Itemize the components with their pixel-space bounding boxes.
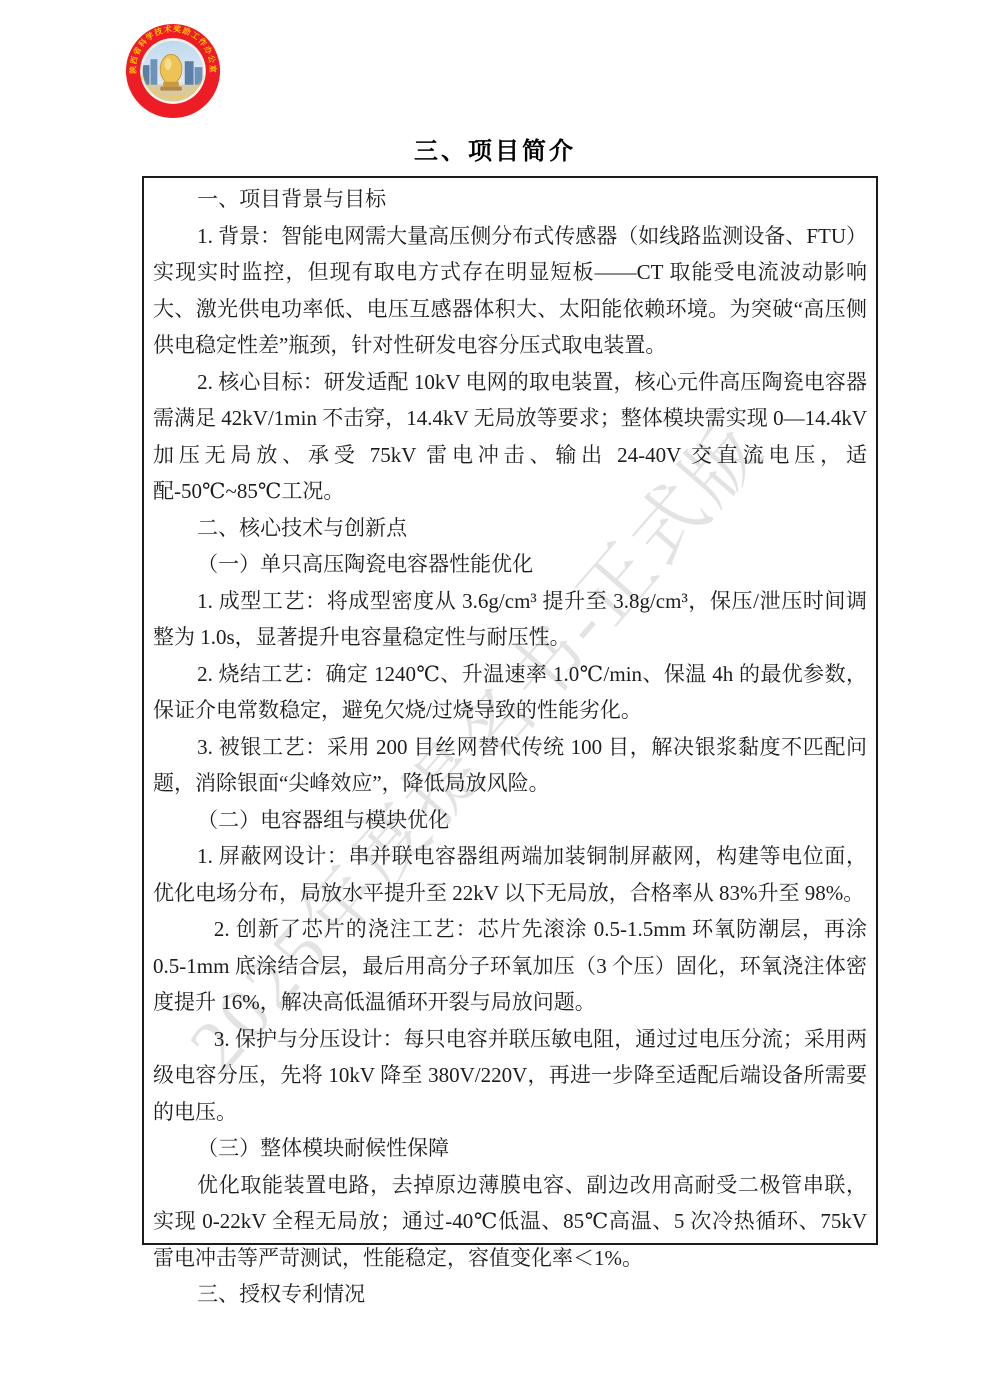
trophy-icon bbox=[160, 54, 182, 83]
paragraph: 3. 被银工艺：采用 200 目丝网替代传统 100 目，解决银浆黏度不匹配问题… bbox=[153, 729, 867, 802]
paragraph-heading: （一）单只高压陶瓷电容器性能优化 bbox=[153, 546, 867, 583]
paragraph: 2. 创新了芯片的浇注工艺：芯片先滚涂 0.5-1.5mm 环氧防潮层，再涂 0… bbox=[153, 911, 867, 1021]
page-title: 三、项目简介 bbox=[0, 131, 990, 166]
paragraph: 1. 背景：智能电网需大量高压侧分布式传感器（如线路监测设备、FTU）实现实时监… bbox=[153, 218, 867, 364]
paragraph-heading: 二、核心技术与创新点 bbox=[153, 510, 867, 547]
paragraph: 2. 核心目标：研发适配 10kV 电网的取电装置，核心元件高压陶瓷电容器需满足… bbox=[153, 364, 867, 510]
paragraph-heading: 三、授权专利情况 bbox=[153, 1276, 867, 1313]
paragraph-heading: 一、项目背景与目标 bbox=[153, 181, 867, 218]
paragraph: 2. 烧结工艺：确定 1240℃、升温速率 1.0℃/min、保温 4h 的最优… bbox=[153, 656, 867, 729]
content-box: 一、项目背景与目标 1. 背景：智能电网需大量高压侧分布式传感器（如线路监测设备… bbox=[142, 176, 878, 1245]
paragraph: 3. 保护与分压设计：每只电容并联压敏电阻，通过过电压分流；采用两级电容分压，先… bbox=[153, 1021, 867, 1131]
paragraph: 1. 屏蔽网设计：串并联电容器组两端加装铜制屏蔽网，构建等电位面，优化电场分布，… bbox=[153, 838, 867, 911]
paragraph-heading: （三）整体模块耐候性保障 bbox=[153, 1130, 867, 1167]
paragraph-heading: （二）电容器组与模块优化 bbox=[153, 802, 867, 839]
award-office-seal-logo: 陕西省科学技术奖励工作办公室 SHAANXI PROVINCE OFFICE O… bbox=[124, 22, 222, 120]
paragraph: 1. 成型工艺：将成型密度从 3.6g/cm³ 提升至 3.8g/cm³，保压/… bbox=[153, 583, 867, 656]
document-page: 2025年度提名书-正式版 陕西省科学技 bbox=[0, 0, 990, 1399]
paragraph: 优化取能装置电路，去掉原边薄膜电容、副边改用高耐受二极管串联，实现 0-22kV… bbox=[153, 1167, 867, 1277]
